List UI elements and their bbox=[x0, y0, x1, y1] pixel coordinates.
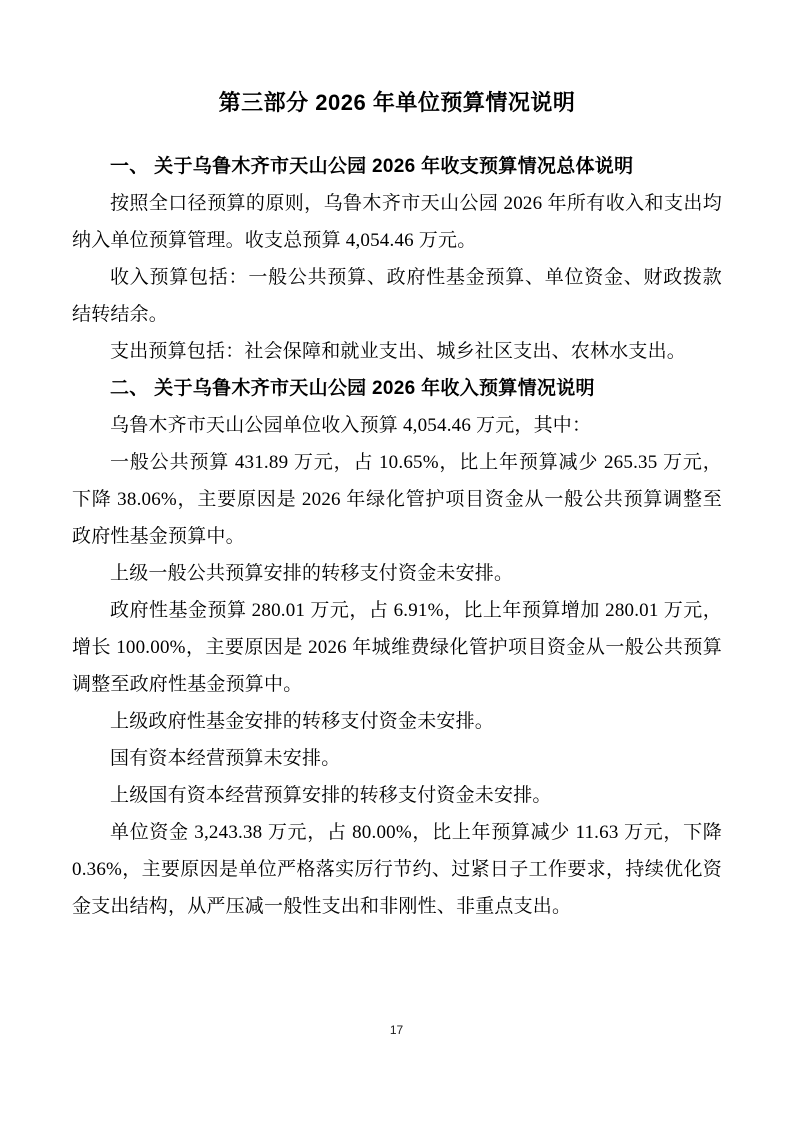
document-content: 第三部分 2026 年单位预算情况说明 一、 关于乌鲁木齐市天山公园 2026 … bbox=[72, 88, 722, 925]
section-2-paragraph-6: 国有资本经营预算未安排。 bbox=[72, 740, 722, 777]
section-2-paragraph-1: 乌鲁木齐市天山公园单位收入预算 4,054.46 万元，其中： bbox=[72, 407, 722, 444]
page-number: 17 bbox=[0, 1022, 793, 1038]
section-1-paragraph-3: 支出预算包括：社会保障和就业支出、城乡社区支出、农林水支出。 bbox=[72, 333, 722, 370]
section-2-paragraph-7: 上级国有资本经营预算安排的转移支付资金未安排。 bbox=[72, 777, 722, 814]
section-2-paragraph-5: 上级政府性基金安排的转移支付资金未安排。 bbox=[72, 703, 722, 740]
section-2-heading: 二、 关于乌鲁木齐市天山公园 2026 年收入预算情况说明 bbox=[72, 370, 722, 407]
section-2-paragraph-8: 单位资金 3,243.38 万元，占 80.00%，比上年预算减少 11.63 … bbox=[72, 814, 722, 925]
section-1-heading: 一、 关于乌鲁木齐市天山公园 2026 年收支预算情况总体说明 bbox=[72, 148, 722, 185]
section-2-paragraph-4: 政府性基金预算 280.01 万元，占 6.91%，比上年预算增加 280.01… bbox=[72, 592, 722, 703]
document-title: 第三部分 2026 年单位预算情况说明 bbox=[72, 88, 722, 118]
section-1-paragraph-1: 按照全口径预算的原则，乌鲁木齐市天山公园 2026 年所有收入和支出均纳入单位预… bbox=[72, 185, 722, 259]
document-page: 第三部分 2026 年单位预算情况说明 一、 关于乌鲁木齐市天山公园 2026 … bbox=[0, 0, 793, 1122]
section-2-paragraph-3: 上级一般公共预算安排的转移支付资金未安排。 bbox=[72, 555, 722, 592]
section-2-paragraph-2: 一般公共预算 431.89 万元，占 10.65%，比上年预算减少 265.35… bbox=[72, 444, 722, 555]
section-1-paragraph-2: 收入预算包括：一般公共预算、政府性基金预算、单位资金、财政拨款结转结余。 bbox=[72, 259, 722, 333]
